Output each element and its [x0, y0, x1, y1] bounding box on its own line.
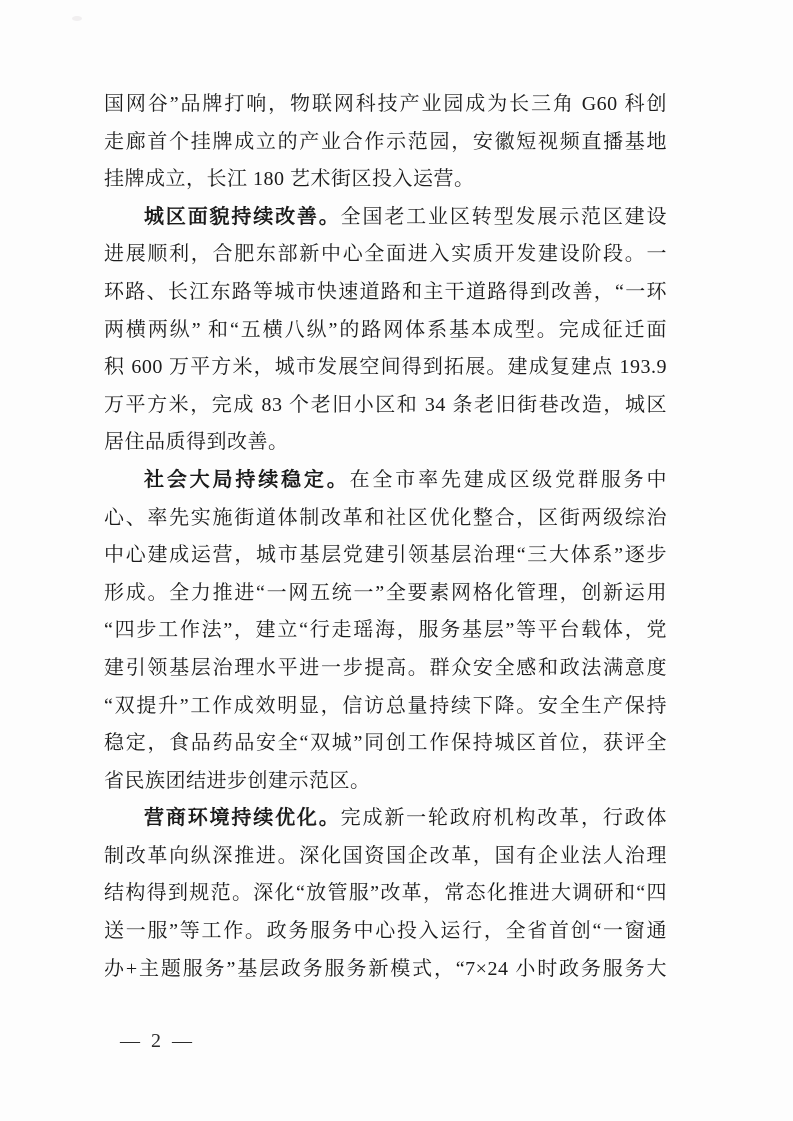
- line-text: 国网谷”品牌打响，物联网科技产业园成为长三角 G60 科创: [104, 93, 667, 115]
- text-line: 积 600 万平方米，城市发展空间得到拓展。建成复建点 193.9: [104, 349, 667, 387]
- text-line: 走廊首个挂牌成立的产业合作示范园，安徽短视频直播基地: [104, 124, 667, 162]
- text-line: 建引领基层治理水平进一步提高。群众安全感和政法满意度: [104, 650, 667, 688]
- text-line: 制改革向纵深推进。深化国资国企改革，国有企业法人治理: [104, 838, 667, 876]
- page-number: — 2 —: [120, 1030, 195, 1053]
- line-text: 全国老工业区转型发展示范区建设: [341, 206, 667, 228]
- line-text: 心、率先实施街道体制改革和社区优化整合，区街两级综治: [104, 507, 667, 529]
- scan-artifact: [72, 16, 82, 21]
- text-line: 中心建成运营，城市基层党建引领基层治理“三大体系”逐步: [104, 537, 667, 575]
- text-line: 送一服”等工作。政务服务中心投入运行，全省首创“一窗通: [104, 913, 667, 951]
- text-line: 省民族团结进步创建示范区。: [104, 763, 667, 801]
- line-text: 办+主题服务”基层政务服务新模式，“7×24 小时政务服务大: [104, 958, 667, 980]
- line-text: 稳定，食品药品安全“双城”同创工作保持城区首位，获评全: [104, 732, 667, 754]
- line-text: 建引领基层治理水平进一步提高。群众安全感和政法满意度: [104, 657, 667, 679]
- line-text: 积 600 万平方米，城市发展空间得到拓展。建成复建点 193.9: [104, 356, 667, 378]
- text-line: 万平方米，完成 83 个老旧小区和 34 条老旧街巷改造，城区: [104, 387, 667, 425]
- text-line: 形成。全力推进“一网五统一”全要素网格化管理，创新运用: [104, 575, 667, 613]
- line-text: 走廊首个挂牌成立的产业合作示范园，安徽短视频直播基地: [104, 131, 667, 153]
- text-line: 两横两纵” 和“五横八纵”的路网体系基本成型。完成征迁面: [104, 312, 667, 350]
- line-text: “四步工作法”，建立“行走瑶海，服务基层”等平台载体，党: [104, 619, 667, 641]
- text-line: 办+主题服务”基层政务服务新模式，“7×24 小时政务服务大: [104, 951, 667, 989]
- line-text: 挂牌成立，长江 180 艺术街区投入运营。: [104, 168, 475, 190]
- text-line: 结构得到规范。深化“放管服”改革，常态化推进大调研和“四: [104, 875, 667, 913]
- line-text: 在全市率先建成区级党群服务中: [350, 469, 667, 491]
- line-text: 万平方米，完成 83 个老旧小区和 34 条老旧街巷改造，城区: [104, 394, 667, 416]
- line-text: 结构得到规范。深化“放管服”改革，常态化推进大调研和“四: [104, 882, 667, 904]
- text-line: 挂牌成立，长江 180 艺术街区投入运营。: [104, 161, 667, 199]
- line-text: 中心建成运营，城市基层党建引领基层治理“三大体系”逐步: [104, 544, 667, 566]
- line-text: 完成新一轮政府机构改革，行政体: [341, 807, 667, 829]
- text-line: 社会大局持续稳定。在全市率先建成区级党群服务中: [104, 462, 667, 500]
- text-line: 城区面貌持续改善。全国老工业区转型发展示范区建设: [104, 199, 667, 237]
- text-line: 进展顺利，合肥东部新中心全面进入实质开发建设阶段。一: [104, 236, 667, 274]
- line-text: 省民族团结进步创建示范区。: [104, 770, 371, 792]
- paragraph-lead: 城区面貌持续改善。: [144, 206, 341, 228]
- line-text: 进展顺利，合肥东部新中心全面进入实质开发建设阶段。一: [104, 243, 667, 265]
- line-text: 居住品质得到改善。: [104, 431, 289, 453]
- text-line: 环路、长江东路等城市快速道路和主干道路得到改善，“一环: [104, 274, 667, 312]
- line-text: “双提升”工作成效明显，信访总量持续下降。安全生产保持: [104, 695, 667, 717]
- paragraph-lead: 社会大局持续稳定。: [144, 469, 350, 491]
- line-text: 两横两纵” 和“五横八纵”的路网体系基本成型。完成征迁面: [104, 319, 667, 341]
- text-line: 心、率先实施街道体制改革和社区优化整合，区街两级综治: [104, 500, 667, 538]
- line-text: 送一服”等工作。政务服务中心投入运行，全省首创“一窗通: [104, 920, 667, 942]
- line-text: 环路、长江东路等城市快速道路和主干道路得到改善，“一环: [104, 281, 667, 303]
- text-line: 稳定，食品药品安全“双城”同创工作保持城区首位，获评全: [104, 725, 667, 763]
- text-line: “双提升”工作成效明显，信访总量持续下降。安全生产保持: [104, 688, 667, 726]
- paragraph-lead: 营商环境持续优化。: [144, 807, 341, 829]
- line-text: 形成。全力推进“一网五统一”全要素网格化管理，创新运用: [104, 582, 667, 604]
- text-line: “四步工作法”，建立“行走瑶海，服务基层”等平台载体，党: [104, 612, 667, 650]
- document-body: 国网谷”品牌打响，物联网科技产业园成为长三角 G60 科创 走廊首个挂牌成立的产…: [104, 86, 667, 988]
- document-page: 国网谷”品牌打响，物联网科技产业园成为长三角 G60 科创 走廊首个挂牌成立的产…: [0, 0, 793, 1121]
- line-text: 制改革向纵深推进。深化国资国企改革，国有企业法人治理: [104, 845, 667, 867]
- text-line: 居住品质得到改善。: [104, 424, 667, 462]
- text-line: 营商环境持续优化。完成新一轮政府机构改革，行政体: [104, 800, 667, 838]
- text-line: 国网谷”品牌打响，物联网科技产业园成为长三角 G60 科创: [104, 86, 667, 124]
